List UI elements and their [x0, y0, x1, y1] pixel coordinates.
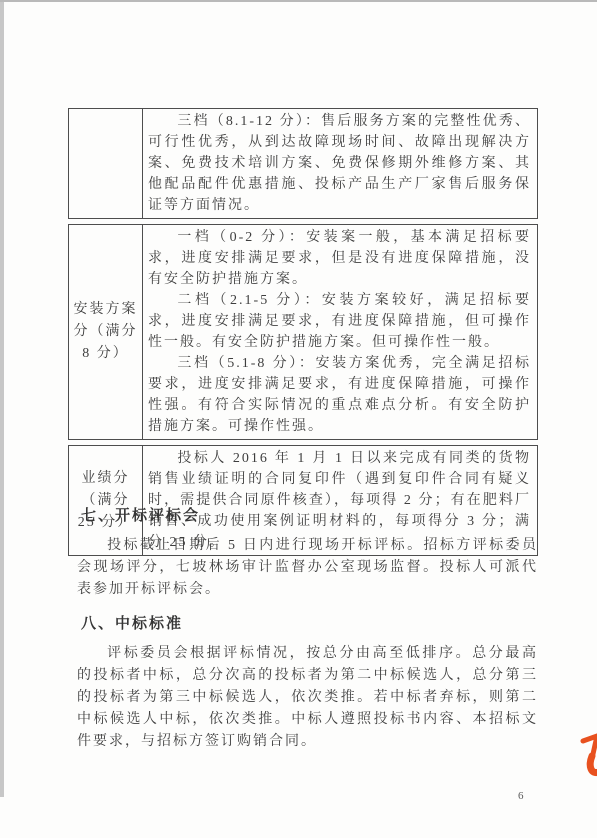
- table-row: 安装方案分（满分 8 分） 一档（0-2 分）：安装案一般，基本满足招标要求，进…: [68, 224, 538, 440]
- section-paragraph-award-criteria: 评标委员会根据评标情况，按总分由高至低排序。总分最高的投标者中标，总分次高的投标…: [77, 643, 538, 753]
- scan-edge-left: [0, 0, 4, 797]
- document-body: 七、开标评标会 投标截止日期后 5 日内进行现场开标评标。招标方评标委员会现场评…: [77, 505, 538, 765]
- scan-edge-top: [0, 0, 597, 2]
- criteria-label-cell: [69, 109, 143, 218]
- section-heading-award-criteria: 八、中标标准: [81, 613, 538, 635]
- scanned-document-page: 三档（8.1-12 分）：售后服务方案的完整性优秀、可行性优秀，从到达故障现场时…: [0, 0, 597, 838]
- section-paragraph-bid-opening: 投标截止日期后 5 日内进行现场开标评标。招标方评标委员会现场评分，七坡林场审计…: [77, 535, 538, 601]
- criteria-label-cell: 安装方案分（满分 8 分）: [69, 225, 143, 439]
- evaluation-criteria-table: 三档（8.1-12 分）：售后服务方案的完整性优秀、可行性优秀，从到达故障现场时…: [68, 108, 538, 556]
- tier3-after-sales-text: 三档（8.1-12 分）：售后服务方案的完整性优秀、可行性优秀，从到达故障现场时…: [148, 111, 531, 216]
- criteria-content-cell: 一档（0-2 分）：安装案一般，基本满足招标要求，进度安排满足要求，但是没有进度…: [143, 225, 537, 439]
- tier3-installation-text: 三档（5.1-8 分）：安装方案优秀，完全满足招标要求，进度安排满足要求，有进度…: [148, 353, 531, 437]
- section-heading-bid-opening: 七、开标评标会: [81, 505, 538, 527]
- tier2-installation-text: 二档（2.1-5 分）：安装方案较好，满足招标要求，进度安排满足要求，有进度保障…: [148, 290, 531, 353]
- stamp-mark-icon: [578, 733, 597, 783]
- criteria-content-cell: 三档（8.1-12 分）：售后服务方案的完整性优秀、可行性优秀，从到达故障现场时…: [143, 109, 537, 218]
- table-row: 三档（8.1-12 分）：售后服务方案的完整性优秀、可行性优秀，从到达故障现场时…: [68, 108, 538, 219]
- tier1-installation-text: 一档（0-2 分）：安装案一般，基本满足招标要求，进度安排满足要求，但是没有进度…: [148, 227, 531, 290]
- page-number: 6: [518, 790, 524, 802]
